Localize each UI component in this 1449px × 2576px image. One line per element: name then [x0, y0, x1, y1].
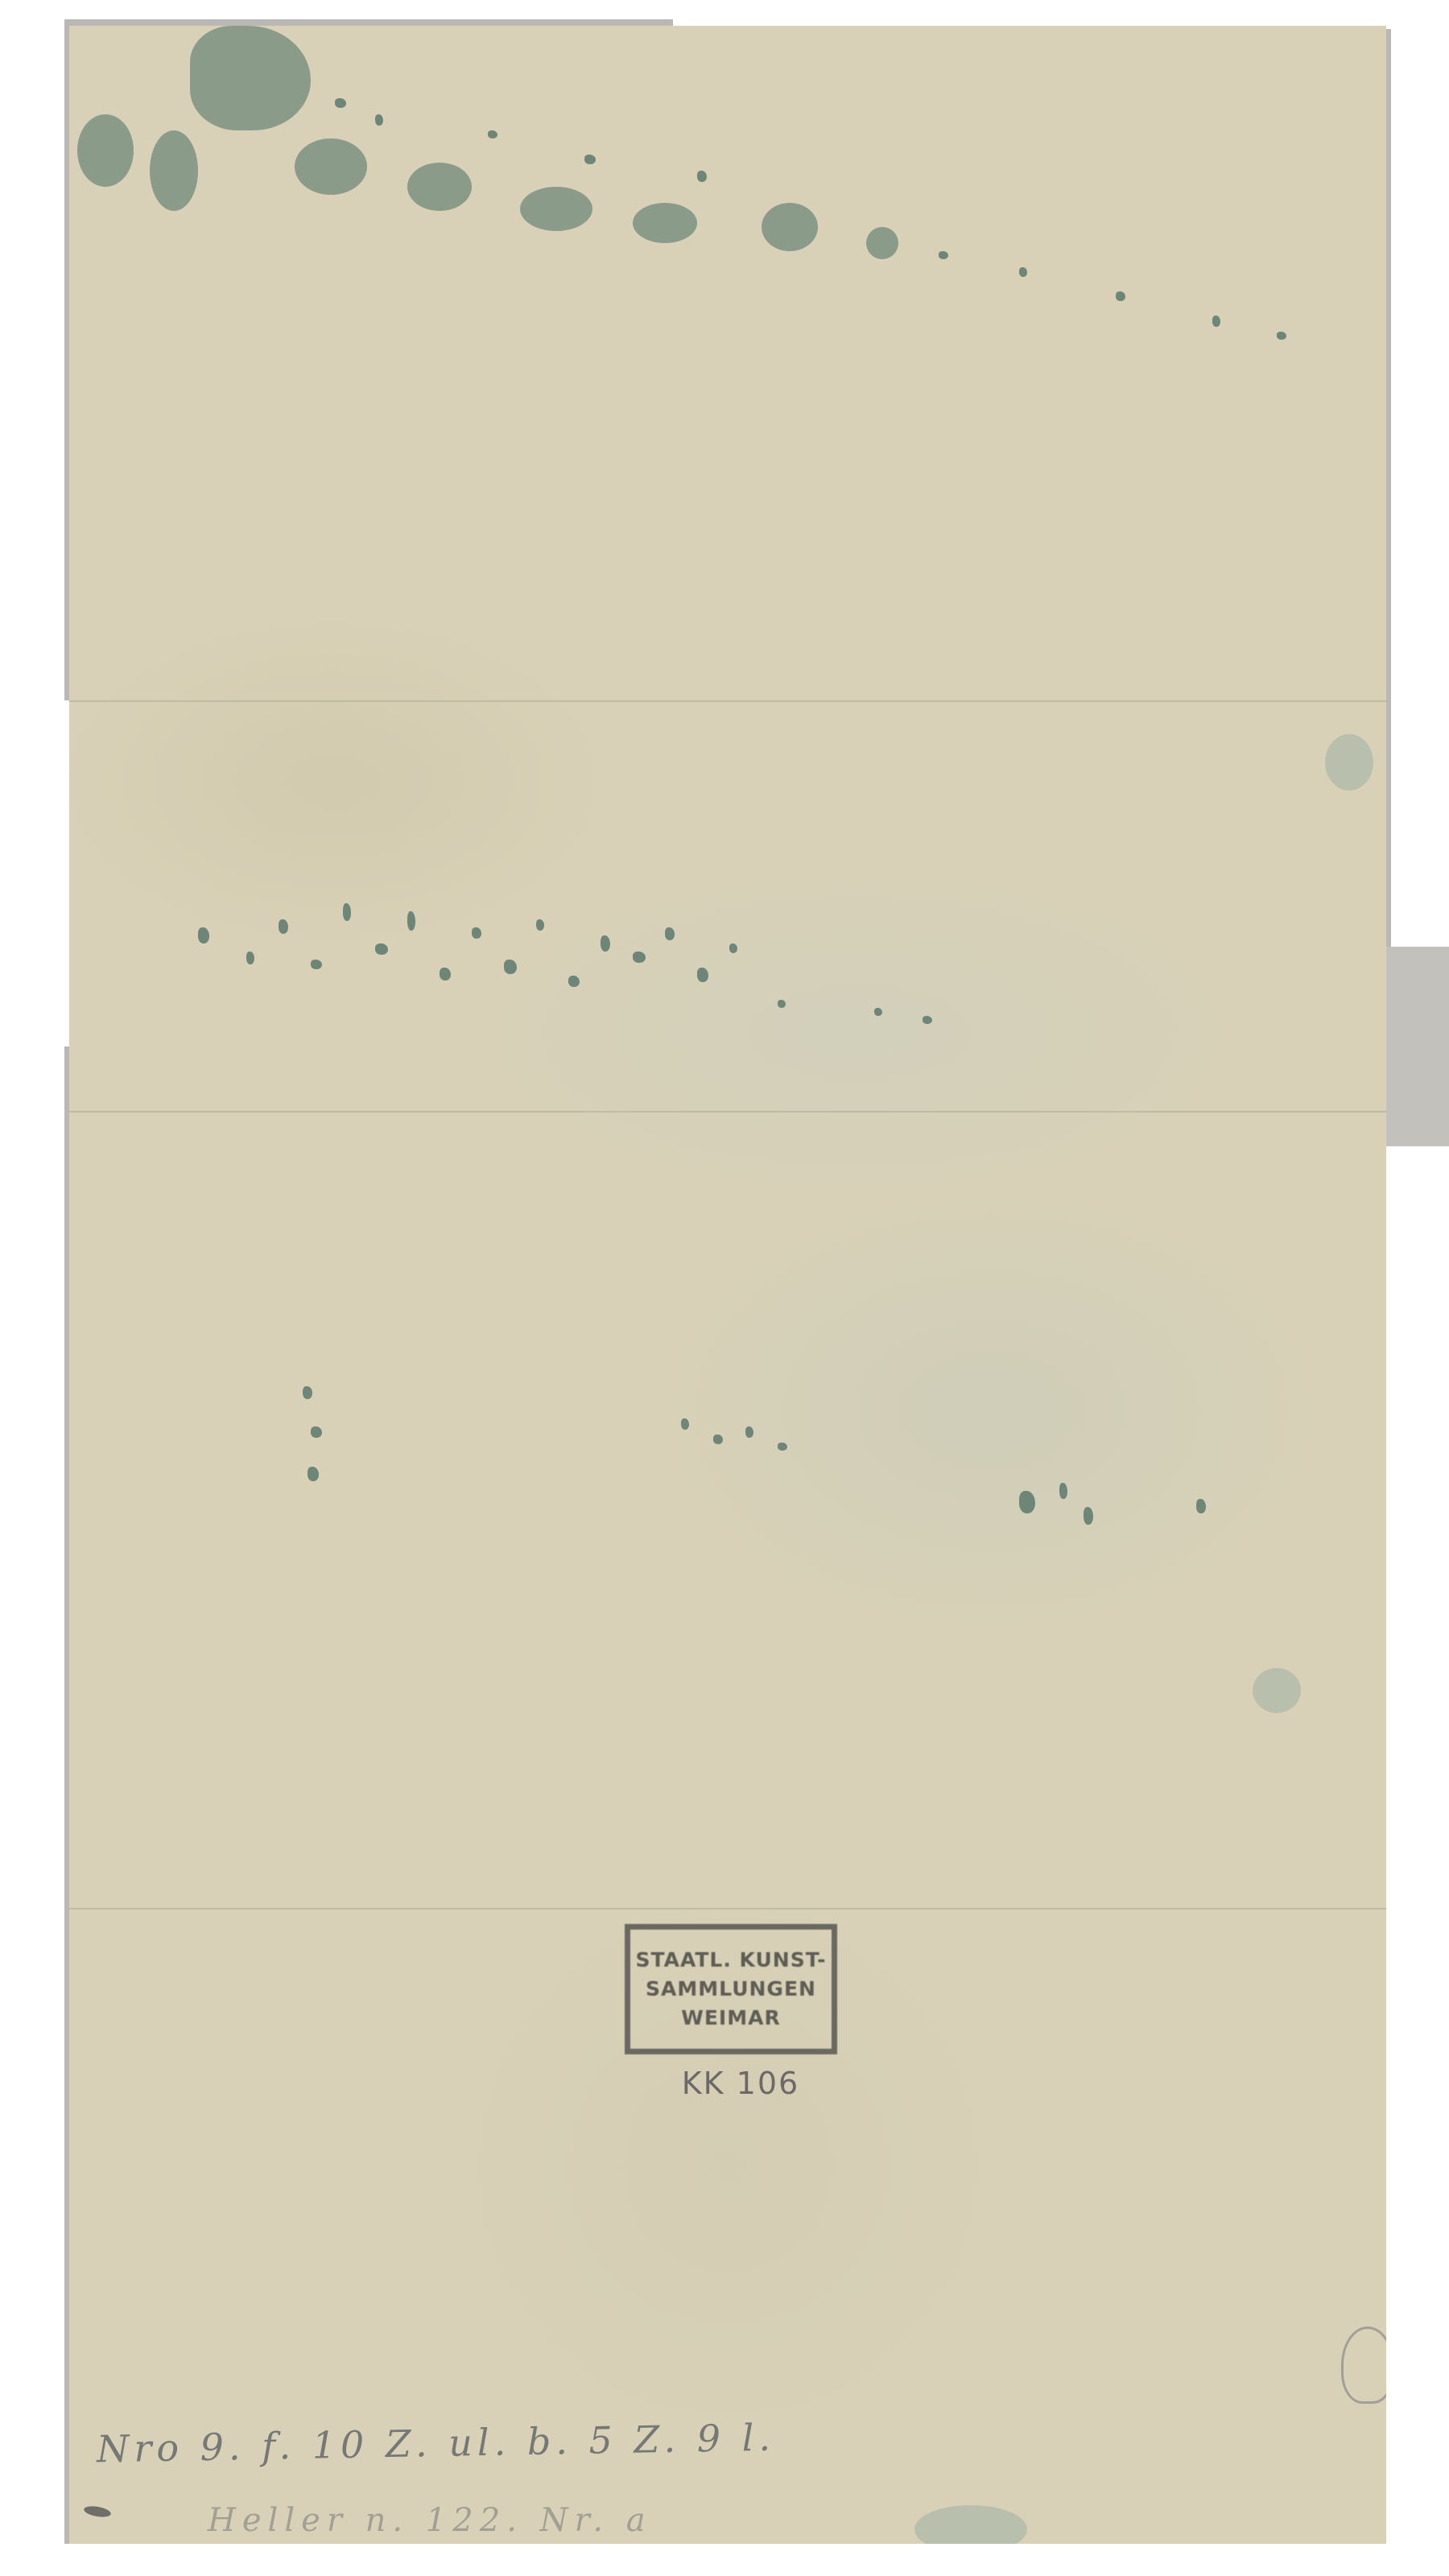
stain-top-right — [762, 203, 818, 251]
collection-stamp: STAATL. KUNST- SAMMLUNGEN WEIMAR — [625, 1924, 837, 2054]
speck — [1116, 291, 1125, 301]
speck — [633, 952, 646, 963]
speck — [472, 927, 481, 939]
fold-line-upper — [69, 700, 1386, 702]
mount-strip-right-tab — [1386, 947, 1449, 1146]
stain-top-mid — [295, 138, 367, 195]
stain-top-mid-3 — [520, 187, 592, 231]
stain-top-large — [190, 26, 311, 130]
speck — [1212, 316, 1220, 327]
stamp-line-2: SAMMLUNGEN — [646, 1975, 816, 2004]
inventory-number: KK 106 — [668, 2066, 813, 2101]
speck — [198, 927, 209, 943]
speck — [440, 968, 451, 980]
stain-top-right-2 — [866, 227, 898, 259]
speck — [874, 1008, 882, 1016]
speck — [311, 960, 322, 969]
speck — [601, 935, 610, 952]
speck — [343, 903, 351, 921]
speck — [488, 130, 497, 138]
speck — [939, 251, 948, 259]
speck — [375, 114, 383, 126]
speck — [375, 943, 388, 955]
stain-top-left — [77, 114, 134, 187]
speck — [778, 1000, 786, 1008]
speck — [1059, 1483, 1067, 1499]
speck — [713, 1435, 723, 1444]
speck — [407, 911, 415, 931]
speck — [335, 98, 346, 108]
stain-bottom-edge — [914, 2505, 1027, 2544]
speck — [1196, 1499, 1206, 1513]
stain-right-edge — [1325, 734, 1373, 791]
paper-sheet — [69, 26, 1386, 2544]
stain-top-mid-4 — [633, 203, 697, 243]
speck — [279, 919, 288, 934]
speck — [1019, 267, 1027, 277]
speck — [584, 155, 596, 164]
speck — [745, 1426, 753, 1438]
pencil-sketch-mark — [1341, 2326, 1386, 2404]
mount-strip-right — [1386, 29, 1391, 947]
stamp-line-1: STAATL. KUNST- — [636, 1946, 827, 1975]
speck — [697, 968, 708, 982]
speck — [568, 976, 580, 987]
speck — [697, 171, 707, 182]
speck — [1084, 1507, 1093, 1525]
speck — [303, 1386, 312, 1399]
stain-top-mid-2 — [407, 163, 472, 211]
stain-top-left-2 — [150, 130, 198, 211]
speck — [665, 927, 675, 940]
fold-line-middle — [69, 1111, 1386, 1113]
speck — [778, 1443, 787, 1451]
speck — [536, 919, 544, 931]
speck — [308, 1467, 319, 1481]
speck — [681, 1418, 689, 1430]
speck — [1277, 332, 1286, 340]
stamp-line-3: WEIMAR — [681, 2004, 780, 2033]
speck — [246, 952, 254, 964]
fold-line-lower — [69, 1908, 1386, 1909]
speck — [504, 960, 517, 974]
speck — [311, 1426, 322, 1438]
speck — [1019, 1491, 1035, 1513]
handwritten-inscription-line-2: Heller n. 122. Nr. a — [208, 2502, 652, 2539]
speck — [923, 1016, 932, 1024]
speck — [729, 943, 737, 953]
stain-lower-right — [1253, 1668, 1301, 1713]
